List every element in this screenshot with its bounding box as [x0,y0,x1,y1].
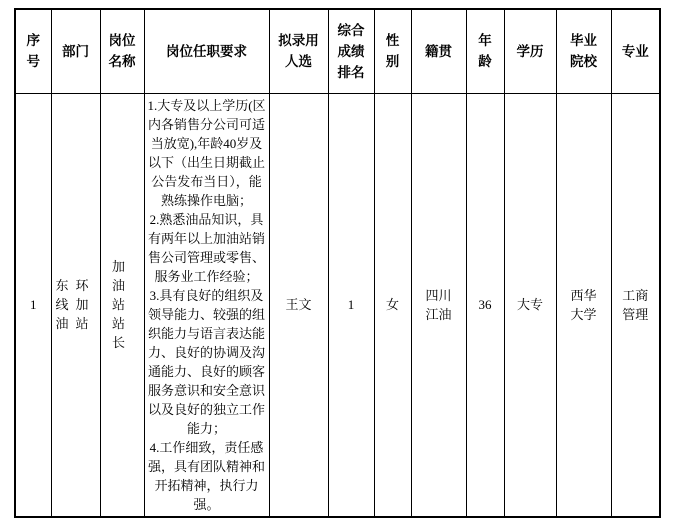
cell-graduate-school: 西华 大学 [556,93,611,517]
header-gender: 性 别 [374,9,411,93]
cell-native-place: 四川 江油 [411,93,466,517]
header-overall-score-rank: 综合 成绩 排名 [328,9,374,93]
table-row: 1 东环 线加 油站 加油 站站 长 1.大专及以上学历(区内各销售分公司可适当… [15,93,660,517]
cell-proposed-candidate: 王文 [269,93,328,517]
cell-position-name: 加油 站站 长 [100,93,144,517]
header-serial-number: 序 号 [15,9,51,93]
cell-gender: 女 [374,93,411,517]
recruitment-result-table: 序 号 部门 岗位 名称 岗位任职要求 拟录用 人选 综合 成绩 排名 性 别 … [14,8,661,518]
header-job-requirements: 岗位任职要求 [144,9,269,93]
header-major: 专业 [611,9,660,93]
cell-job-requirements: 1.大专及以上学历(区内各销售分公司可适当放宽),年龄40岁及以下（出生日期截止… [144,93,269,517]
cell-overall-score-rank: 1 [328,93,374,517]
header-native-place: 籍贯 [411,9,466,93]
table-header-row: 序 号 部门 岗位 名称 岗位任职要求 拟录用 人选 综合 成绩 排名 性 别 … [15,9,660,93]
header-graduate-school: 毕业 院校 [556,9,611,93]
header-education: 学历 [504,9,556,93]
header-proposed-candidate: 拟录用 人选 [269,9,328,93]
cell-education: 大专 [504,93,556,517]
cell-major: 工商 管理 [611,93,660,517]
cell-age: 36 [466,93,504,517]
header-age: 年 龄 [466,9,504,93]
header-department: 部门 [51,9,100,93]
cell-department: 东环 线加 油站 [51,93,100,517]
header-position-name: 岗位 名称 [100,9,144,93]
cell-serial-number: 1 [15,93,51,517]
